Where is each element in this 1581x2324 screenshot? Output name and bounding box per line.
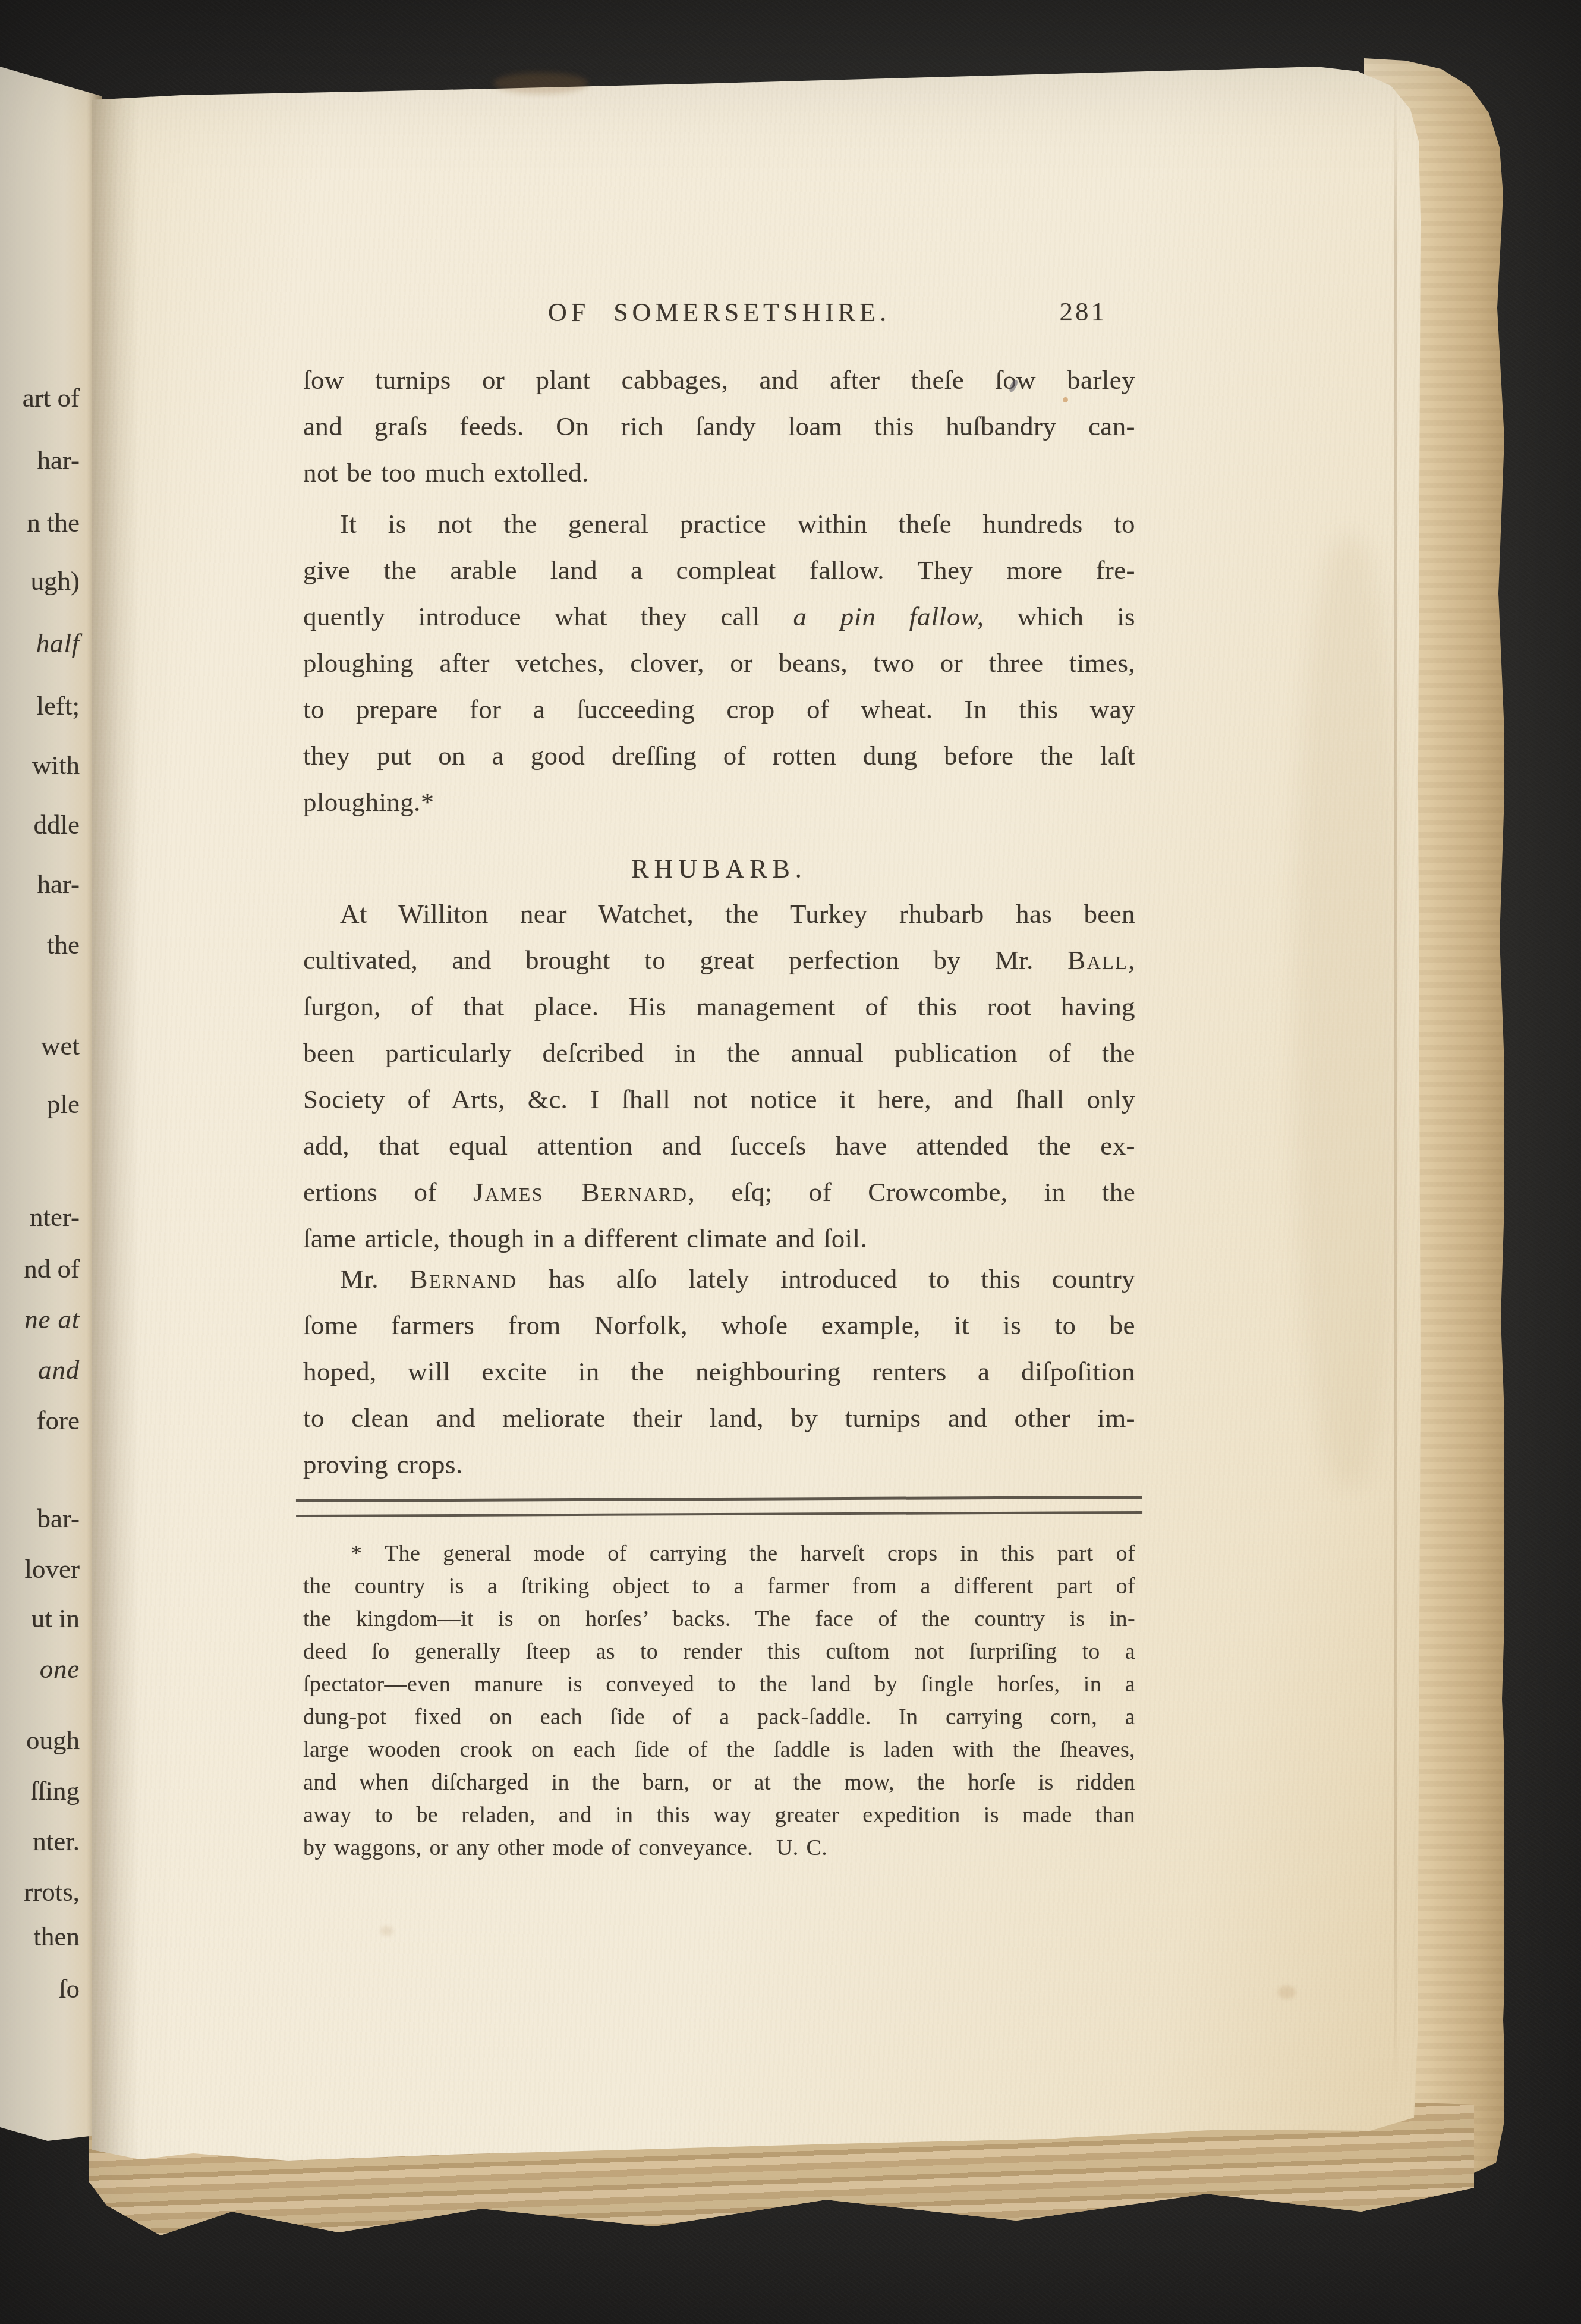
- text-line: large wooden crook on each ſide of the ſ…: [303, 1734, 1135, 1766]
- text-line: ſow turnips or plant cabbages, and after…: [303, 357, 1135, 403]
- paragraph-norfolk-farmers: Mr. Bernand has alſo lately introduced t…: [303, 1256, 1135, 1488]
- text-line: by waggons, or any other mode of conveya…: [303, 1832, 1135, 1864]
- text-line: cultivated, and brought to great perfect…: [303, 937, 1135, 983]
- footnote: * The general mode of carrying the harve…: [303, 1537, 1135, 1864]
- book-scan-photo: art ofhar-n theugh)halfleft;withddlehar-…: [0, 0, 1581, 2324]
- text-line: to clean and meliorate their land, by tu…: [303, 1395, 1135, 1441]
- text-line: been particularly deſcribed in the annua…: [303, 1030, 1135, 1076]
- paper-fleck: [1063, 397, 1068, 402]
- text-line: ertions of James Bernard, eſq; of Crowco…: [303, 1169, 1135, 1215]
- text-line: the kingdom—it is on horſes’ backs. The …: [303, 1603, 1135, 1636]
- paragraph-pin-fallow: It is not the general practice within th…: [303, 501, 1135, 825]
- damp-stain: [1296, 535, 1403, 1486]
- text-line: quently introduce what they call a pin f…: [303, 593, 1135, 640]
- page-number: 281: [303, 296, 1107, 327]
- text-line: Society of Arts, &c. I ſhall not notice …: [303, 1076, 1135, 1122]
- text-line: At Williton near Watchet, the Turkey rhu…: [303, 891, 1135, 937]
- text-line: It is not the general practice within th…: [303, 501, 1135, 547]
- foxing-spot: [1278, 1986, 1296, 1999]
- text-line: they put on a good dreſſing of rotten du…: [303, 732, 1135, 779]
- stain: [493, 73, 588, 94]
- text-line: ſame article, though in a different clim…: [303, 1215, 1135, 1262]
- text-line: to prepare for a ſucceeding crop of whea…: [303, 686, 1135, 732]
- text-line: and when diſcharged in the barn, or at t…: [303, 1766, 1135, 1799]
- text-line: deed ſo generally ſteep as to render thi…: [303, 1636, 1135, 1668]
- text-line: and graſs feeds. On rich ſandy loam this…: [303, 403, 1135, 449]
- text-line: ſpectator—even manure is conveyed to the…: [303, 1668, 1135, 1701]
- text-line: dung-pot fixed on each ſide of a pack-ſa…: [303, 1701, 1135, 1734]
- text-line: not be too much extolled.: [303, 449, 1135, 496]
- text-line: add, that equal attention and ſucceſs ha…: [303, 1122, 1135, 1169]
- text-line: the country is a ſtriking object to a fa…: [303, 1570, 1135, 1603]
- text-line: ſurgon, of that place. His management of…: [303, 983, 1135, 1030]
- text-line: Mr. Bernand has alſo lately introduced t…: [303, 1256, 1135, 1302]
- paragraph-rhubarb-cultivation: At Williton near Watchet, the Turkey rhu…: [303, 891, 1135, 1262]
- text-line: give the arable land a compleat fallow. …: [303, 547, 1135, 593]
- section-heading-rhubarb: RHUBARB.: [303, 851, 1135, 887]
- text-line: ploughing.*: [303, 779, 1135, 825]
- foxing-spot: [380, 1926, 393, 1936]
- footnote-separator-rule: [296, 1496, 1142, 1517]
- text-line: hoped, will excite in the neighbouring r…: [303, 1348, 1135, 1395]
- text-line: away to be reladen, and in this way grea…: [303, 1799, 1135, 1832]
- paragraph-husbandry: ſow turnips or plant cabbages, and after…: [303, 357, 1135, 496]
- text-line: * The general mode of carrying the harve…: [303, 1537, 1135, 1570]
- text-line: RHUBARB.: [303, 851, 1135, 887]
- text-line: ploughing after vetches, clover, or bean…: [303, 640, 1135, 686]
- text-line: proving crops.: [303, 1441, 1135, 1488]
- text-line: ſome farmers from Norfolk, whoſe example…: [303, 1302, 1135, 1348]
